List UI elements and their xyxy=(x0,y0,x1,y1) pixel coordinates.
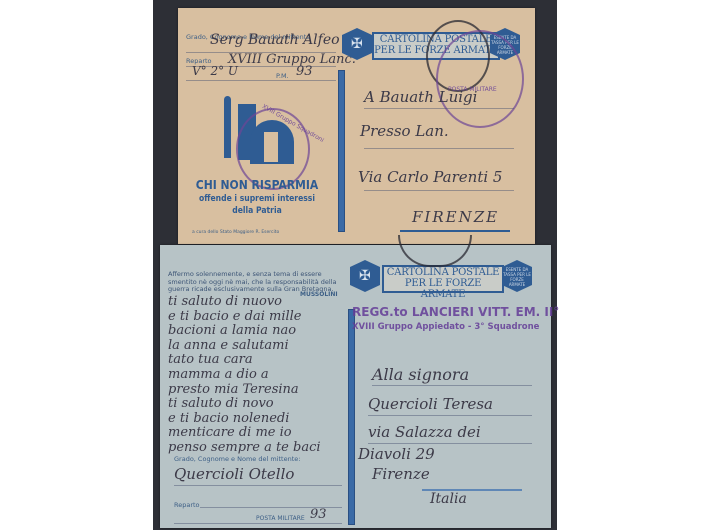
card-title: CARTOLINA POSTALEPER LE FORZE ARMATE xyxy=(382,265,504,293)
unit-value: XVIII Gruppo Lanc. xyxy=(228,52,356,67)
address-line-2: Presso Lan. xyxy=(360,122,449,140)
slogan-title: CHI NON RISPARMIA xyxy=(192,178,322,192)
flagpole-divider xyxy=(348,309,355,525)
handwritten-message: ti saluto di nuovo e ti bacio e dai mill… xyxy=(168,295,348,456)
slogan-line3: della Patria xyxy=(192,206,322,216)
address-line-3: Via Carlo Parenti 5 xyxy=(358,168,502,186)
unit-label: Reparto xyxy=(174,501,200,509)
sender-value: Serg Bauath Alfeo xyxy=(210,32,340,48)
pm-value: 93 xyxy=(310,507,327,522)
pm-label: POSTA MILITARE xyxy=(256,515,305,522)
address-line-1: A Bauath Luigi xyxy=(364,88,477,106)
slogan-line2: offende i supremi interessi xyxy=(192,194,322,204)
address-line-1: Alla signora xyxy=(372,365,469,384)
postmark-cancel xyxy=(398,235,472,267)
address-city: FIRENZE xyxy=(412,208,499,226)
unit-line2: V° 2° U xyxy=(192,64,238,78)
credit-text: a cura dello Stato Maggiore R. Esercito xyxy=(192,230,279,235)
savoy-emblem-icon: ✠ xyxy=(350,260,380,292)
regiment-handstamp: REGG.to LANCIERI VITT. EM. II° xyxy=(352,305,559,319)
postcard-2: Affermo solennemente, e senza tema di es… xyxy=(160,245,551,528)
squadron-handstamp: XVIII Gruppo Appiedato - 3° Squadrone xyxy=(352,322,539,332)
address-line-3: via Salazza dei xyxy=(368,423,481,441)
posta-militare-postmark xyxy=(436,30,524,128)
sender-value: Quercioli Otello xyxy=(174,465,294,483)
flagpole-divider xyxy=(338,70,345,232)
address-line-2: Quercioli Teresa xyxy=(368,395,493,413)
address-line-4: Diavoli 29 xyxy=(358,445,435,463)
sender-label: Grado, Cognome e Nome del mittente: xyxy=(174,455,300,463)
pm-value: 93 xyxy=(296,64,313,79)
postcard-1: Grado, Cognome e Nome del mittente Serg … xyxy=(178,8,535,244)
address-country: Italia xyxy=(430,491,467,507)
pm-label: P.M. xyxy=(276,72,289,80)
franchise-badge: ESENTE DA TASSA PER LE FORZE ARMATE xyxy=(502,260,532,292)
address-city: Firenze xyxy=(372,465,430,483)
